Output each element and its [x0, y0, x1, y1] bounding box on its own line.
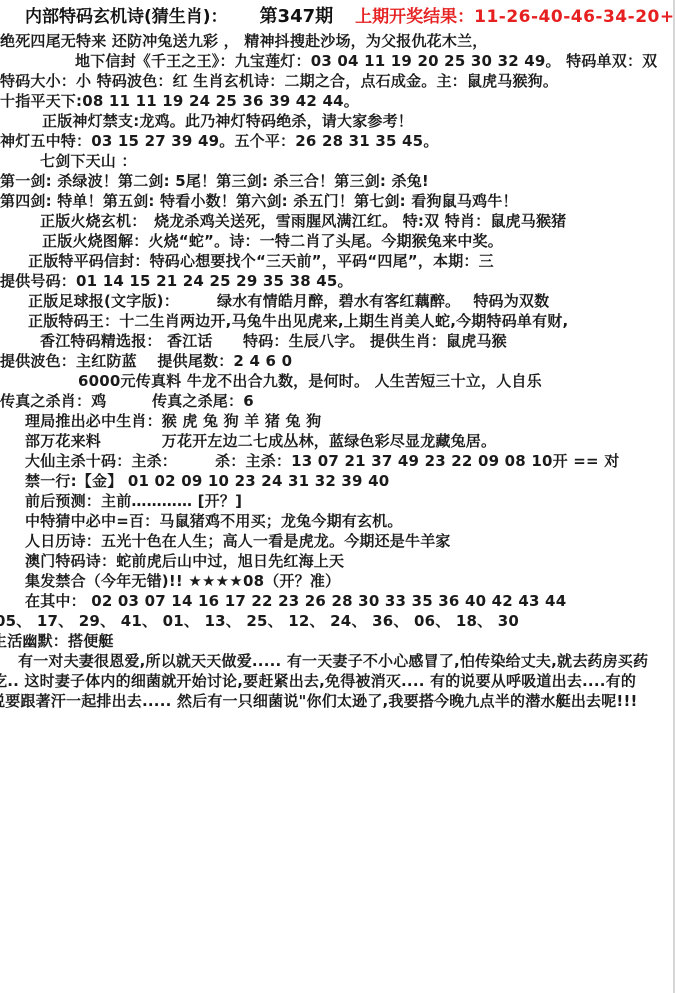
- text-line: 正版特平码信封：特码心想要找个“三天前”，平码“四尾”，本期：三: [28, 251, 673, 271]
- text-line: 第一剑: 杀绿波！第二剑: 5尾！第三剑: 杀三合！第三剑: 杀兔!: [0, 171, 673, 191]
- text-line: 第四剑: 特单！第五剑: 特看小数！第六剑: 杀五门！第七剑: 看狗鼠马鸡牛！: [0, 191, 673, 211]
- text-line: 禁一行:【金】 01 02 09 10 23 24 31 32 39 40: [25, 471, 673, 491]
- text-line: 神灯五中特：03 15 27 39 49。五个平：26 28 31 35 45。: [0, 131, 673, 151]
- text-line: 正版火烧图解：火烧“蛇”。诗：一特二肖了头尾。今期猴兔来中奖。: [42, 231, 673, 251]
- issue-number: 第347期: [260, 6, 334, 27]
- text-line: 澳门特码诗：蛇前虎后山中过，旭日先红海上天: [25, 551, 673, 571]
- text-line: 有一对夫妻很恩爱,所以就天天做爱..... 有一天妻子不小心感冒了,怕传染给丈夫…: [18, 651, 673, 671]
- text-line: 提供号码：01 14 15 21 24 25 29 35 38 45。: [0, 271, 673, 291]
- page-title: 内部特码玄机诗(猜生肖)：: [25, 7, 228, 27]
- header-line: 内部特码玄机诗(猜生肖)：第347期上期开奖结果：11-26-40-46-34-…: [25, 5, 673, 29]
- text-line: 6000元传真料 牛龙不出合九数，是何时。 人生苦短三十立，人自乐: [78, 371, 673, 391]
- tip-sheet-page: 内部特码玄机诗(猜生肖)：第347期上期开奖结果：11-26-40-46-34-…: [0, 0, 675, 993]
- text-line: 正版足球报(文字版)： 绿水有情皓月醉，碧水有客红藕醉。 特码为双数: [28, 291, 673, 311]
- sheet-body: 内部特码玄机诗(猜生肖)：第347期上期开奖结果：11-26-40-46-34-…: [0, 0, 673, 711]
- text-line: 理局推出必中生肖：猴 虎 兔 狗 羊 猪 兔 狗: [25, 411, 673, 431]
- text-line: 绝死四尾无特来 还防冲兔送九彩 ， 精神抖搜赴沙场，为父报仇花木兰，: [0, 31, 673, 51]
- text-line: 大仙主杀十码：主杀： 杀：主杀：13 07 21 37 49 23 22 09 …: [25, 451, 673, 471]
- text-line: 十指平天下:08 11 11 19 24 25 36 39 42 44。: [0, 91, 673, 111]
- last-draw-label: 上期开奖结果：: [355, 7, 474, 27]
- text-line: 七剑下天山 ：: [40, 151, 673, 171]
- text-line: 地下信封《千王之王》：九宝莲灯：03 04 11 19 20 25 30 32 …: [75, 51, 673, 71]
- text-line: 说要跟著汗一起排出去..... 然后有一只细菌说"你们太逊了,我要搭今晚九点半的…: [0, 691, 673, 711]
- text-line: 部万花来料 万花开左边二七成丛林，蓝绿色彩尽显龙藏兔居。: [25, 431, 673, 451]
- text-line: 特码大小：小 特码波色：红 生肖玄机诗：二期之合，点石成金。主：鼠虎马猴狗。: [0, 71, 673, 91]
- text-line: 正版神灯禁支:龙鸡。此乃神灯特码绝杀，请大家参考！: [42, 111, 673, 131]
- text-line: 前后预测：主前………… [开？]: [25, 491, 673, 511]
- text-line: 生活幽默：搭便艇: [0, 631, 673, 651]
- text-line: 集发禁合（今年无错)!! ★★★★08（开？准）: [25, 571, 673, 591]
- text-lines: 绝死四尾无特来 还防冲兔送九彩 ， 精神抖搜赴沙场，为父报仇花木兰，地下信封《千…: [0, 31, 673, 711]
- text-line: 05、 17、 29、 41、 01、 13、 25、 12、 24、 36、 …: [0, 611, 673, 631]
- text-line: 正版特码王：十二生肖两边开,马兔牛出见虎来,上期生肖美人蛇,今期特码单有财,: [28, 311, 673, 331]
- last-draw-result: 11-26-40-46-34-20+03: [474, 7, 675, 27]
- text-line: 正版火烧玄机： 烧龙杀鸡关送死，雪雨腥风满江红。 特:双 特肖：鼠虎马猴猪: [40, 211, 673, 231]
- text-line: 吃.. 这时妻子体内的细菌就开始讨论,要赶紧出去,免得被消灭.... 有的说要从…: [0, 671, 673, 691]
- text-line: 中特猜中必中=百：马鼠猪鸡不用买；龙兔今期有玄机。: [25, 511, 673, 531]
- text-line: 提供波色：主红防蓝 提供尾数：2 4 6 0: [0, 351, 673, 371]
- text-line: 在其中： 02 03 07 14 16 17 22 23 26 28 30 33…: [25, 591, 673, 611]
- text-line: 传真之杀肖：鸡 传真之杀尾：6: [0, 391, 673, 411]
- text-line: 人日历诗：五光十色在人生；高人一看是虎龙。今期还是牛羊家: [25, 531, 673, 551]
- text-line: 香江特码精选报： 香江话 特码：生辰八字。 提供生肖：鼠虎马猴: [40, 331, 673, 351]
